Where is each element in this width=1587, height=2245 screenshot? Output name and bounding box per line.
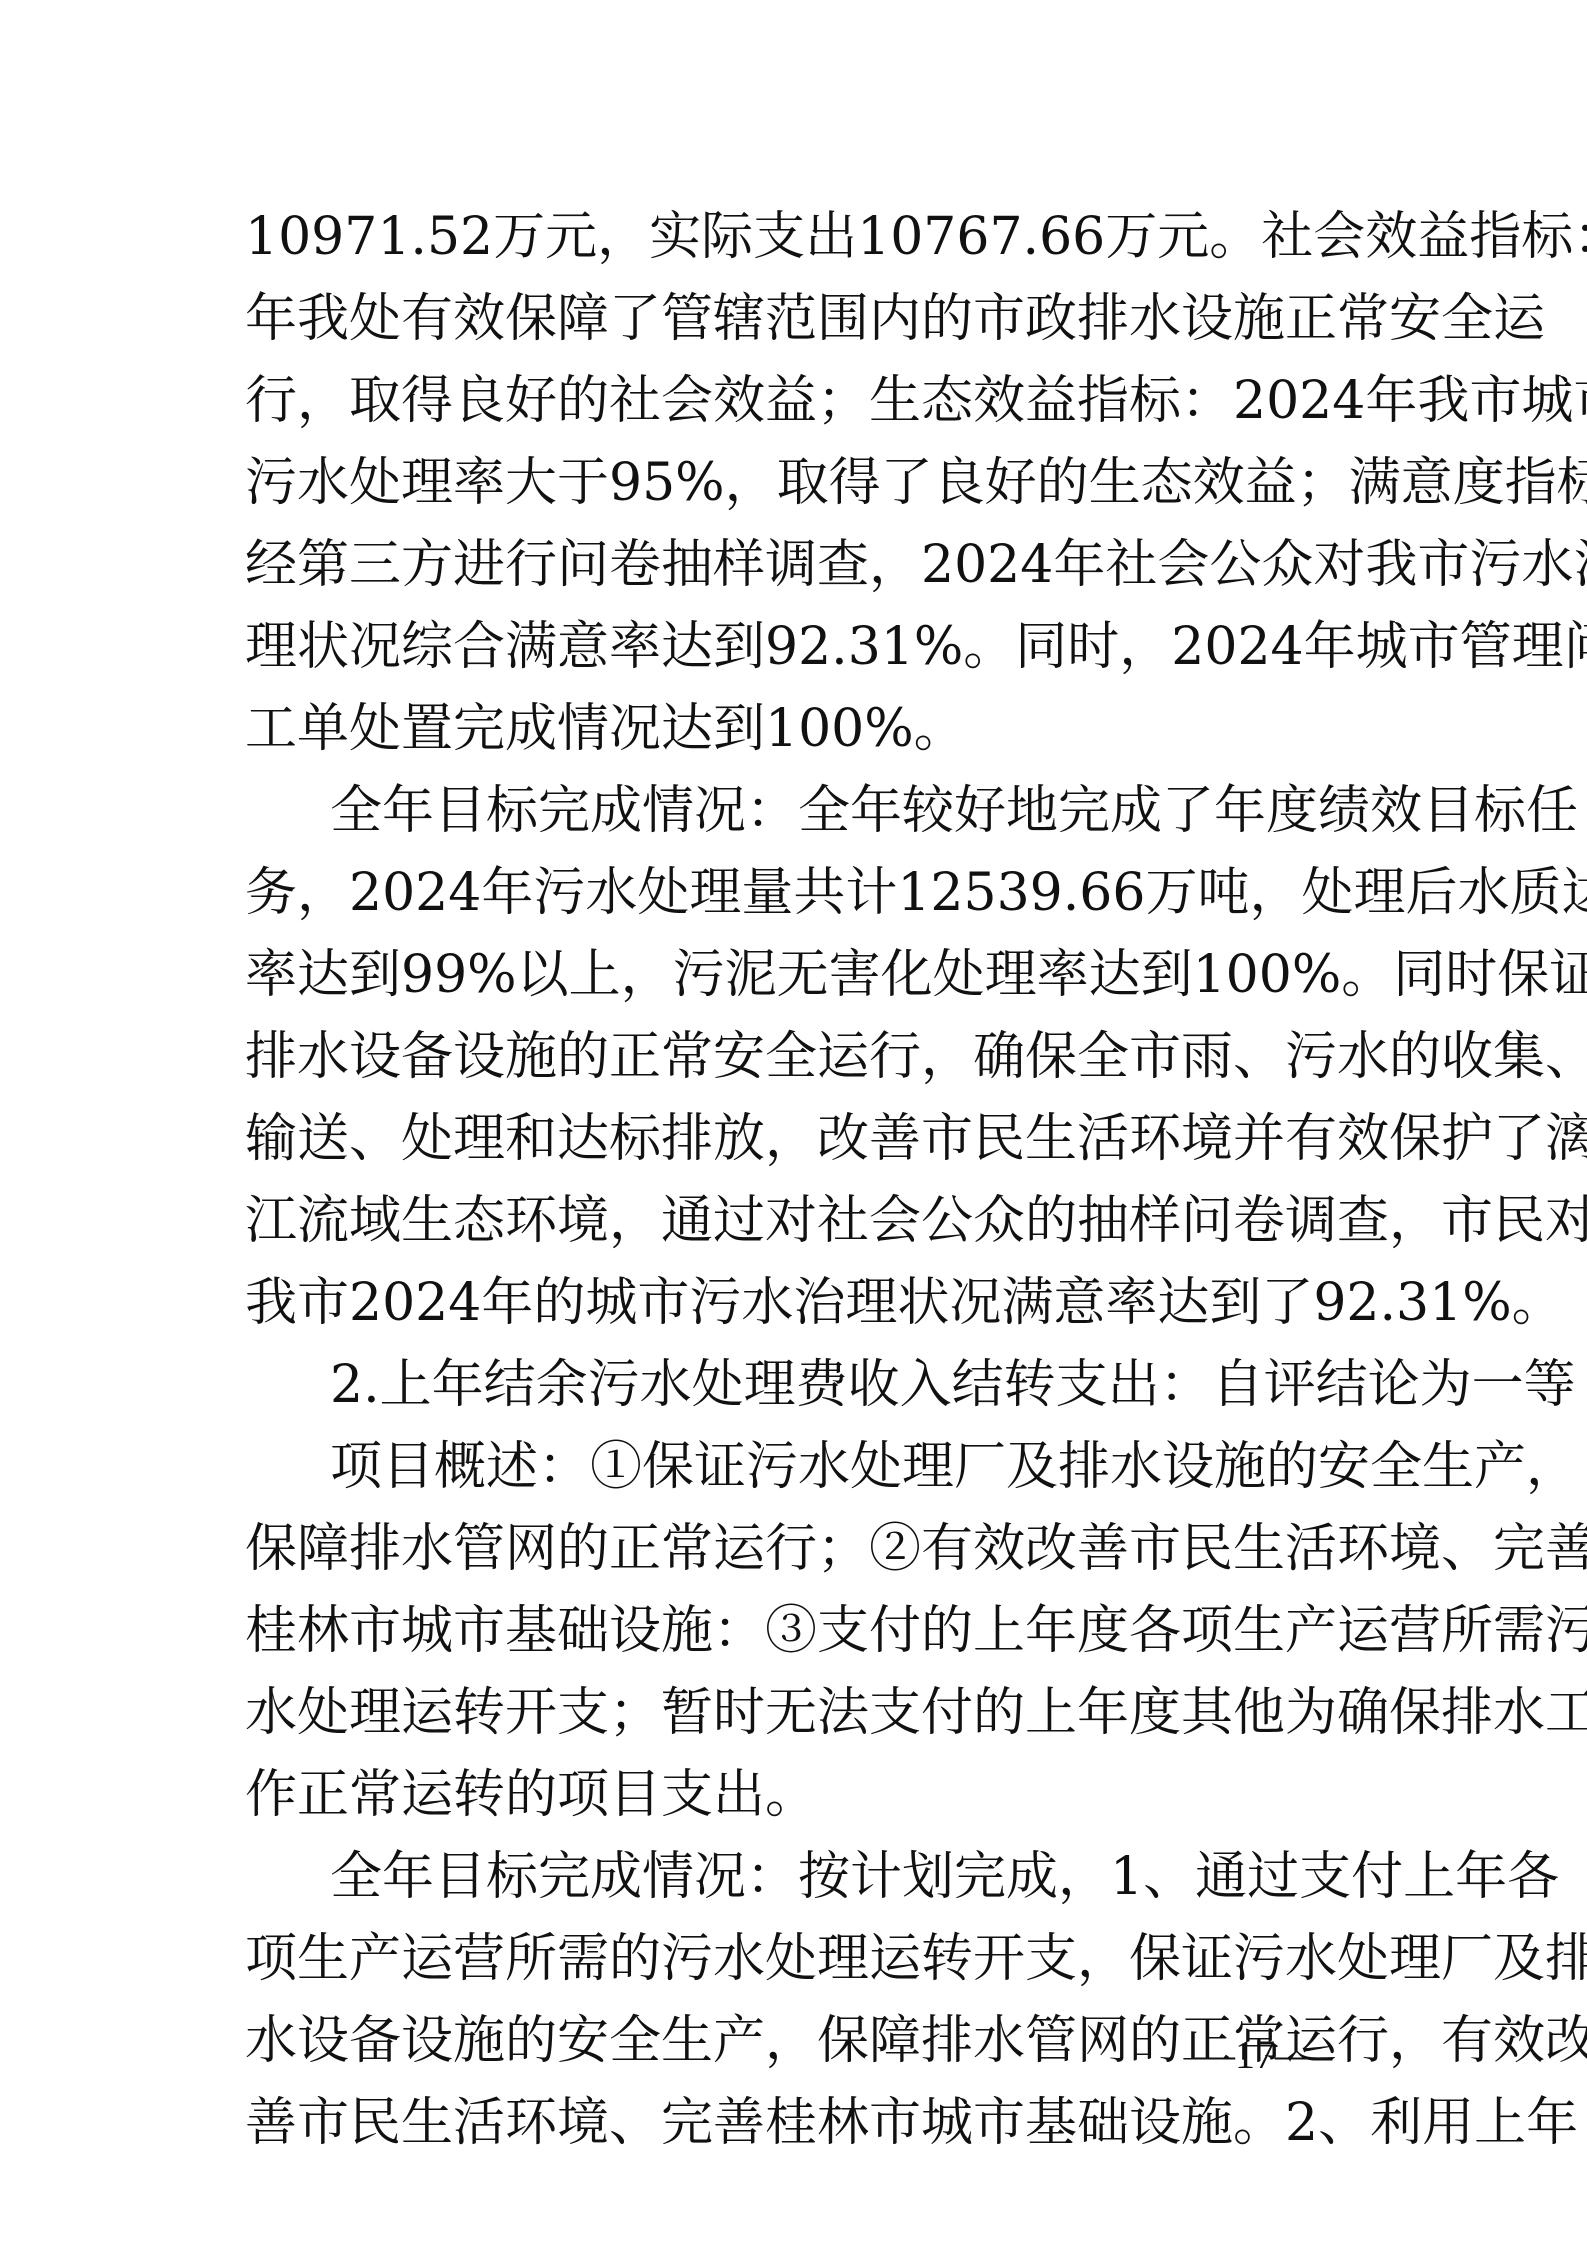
text-line-24: 善市民生活环境、完善桂林市城市基础设施。2、利用上年 [245,2082,1355,2164]
text-line-11: 排水设备设施的正常安全运行，确保全市雨、污水的收集、 [245,1016,1355,1098]
text-line-22: 项生产运营所需的污水处理运转开支，保证污水处理厂及排 [245,1918,1355,2000]
section-heading-2: 2.上年结余污水处理费收入结转支出：自评结论为一等 [330,1344,1355,1426]
text-line-10: 率达到99%以上，污泥无害化处理率达到100%。同时保证了 [245,934,1355,1016]
text-line-18: 桂林市城市基础设施：③支付的上年度各项生产运营所需污 [245,1590,1355,1672]
paragraph-goal-completion-2-start: 全年目标完成情况：按计划完成，1、通过支付上年各 [330,1836,1355,1918]
document-page: 10971.52万元，实际支出10767.66万元。社会效益指标：2024 年我… [0,0,1587,2245]
text-line-20: 作正常运转的项目支出。 [245,1754,1355,1836]
text-line-1: 10971.52万元，实际支出10767.66万元。社会效益指标：2024 [245,196,1355,278]
text-line-14: 我市2024年的城市污水治理状况满意率达到了92.31%。 [245,1262,1355,1344]
text-line-4: 污水处理率大于95%，取得了良好的生态效益；满意度指标： [245,442,1355,524]
text-line-17: 保障排水管网的正常运行；②有效改善市民生活环境、完善 [245,1508,1355,1590]
paragraph-project-overview-start: 项目概述：①保证污水处理厂及排水设施的安全生产， [330,1426,1355,1508]
text-line-6: 理状况综合满意率达到92.31%。同时，2024年城市管理问题 [245,606,1355,688]
text-line-12: 输送、处理和达标排放，改善市民生活环境并有效保护了漓 [245,1098,1355,1180]
text-line-7: 工单处置完成情况达到100%。 [245,688,1355,770]
text-line-19: 水处理运转开支；暂时无法支付的上年度其他为确保排水工 [245,1672,1355,1754]
text-line-23: 水设备设施的安全生产，保障排水管网的正常运行，有效改 [245,2000,1355,2082]
text-line-5: 经第三方进行问卷抽样调查，2024年社会公众对我市污水治 [245,524,1355,606]
text-line-9: 务，2024年污水处理量共计12539.66万吨，处理后水质达标 [245,852,1355,934]
text-line-3: 行，取得良好的社会效益；生态效益指标：2024年我市城市 [245,360,1355,442]
page-number: —17— [1190,2030,1320,2080]
text-line-13: 江流域生态环境，通过对社会公众的抽样问卷调查，市民对 [245,1180,1355,1262]
paragraph-goal-completion-start: 全年目标完成情况：全年较好地完成了年度绩效目标任 [330,770,1355,852]
text-line-2: 年我处有效保障了管辖范围内的市政排水设施正常安全运 [245,278,1355,360]
